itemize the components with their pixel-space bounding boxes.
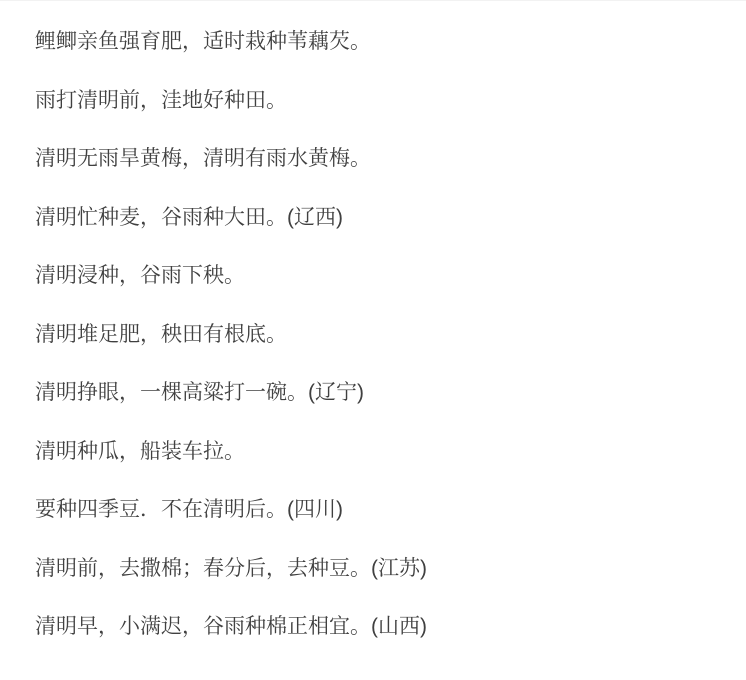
proverb-line: 雨打清明前，洼地好种田。	[35, 72, 726, 131]
proverb-line: 鲤鲫亲鱼强育肥，适时栽种苇藕芡。	[35, 13, 726, 72]
proverb-line: 清明挣眼，一棵高粱打一碗。(辽宁)	[35, 364, 726, 423]
proverb-line: 清明前，去撒棉；春分后，去种豆。(江苏)	[35, 540, 726, 599]
proverb-line: 清明忙种麦，谷雨种大田。(辽西)	[35, 189, 726, 248]
proverb-list: 鲤鲫亲鱼强育肥，适时栽种苇藕芡。 雨打清明前，洼地好种田。 清明无雨旱黄梅，清明…	[0, 1, 746, 657]
proverb-line: 清明浸种，谷雨下秧。	[35, 247, 726, 306]
proverb-line: 清明无雨旱黄梅，清明有雨水黄梅。	[35, 130, 726, 189]
proverb-line: 要种四季豆．不在清明后。(四川)	[35, 481, 726, 540]
proverb-line: 清明堆足肥，秧田有根底。	[35, 306, 726, 365]
proverb-line: 清明种瓜，船装车拉。	[35, 423, 726, 482]
proverb-line: 清明早，小满迟，谷雨种棉正相宜。(山西)	[35, 598, 726, 657]
